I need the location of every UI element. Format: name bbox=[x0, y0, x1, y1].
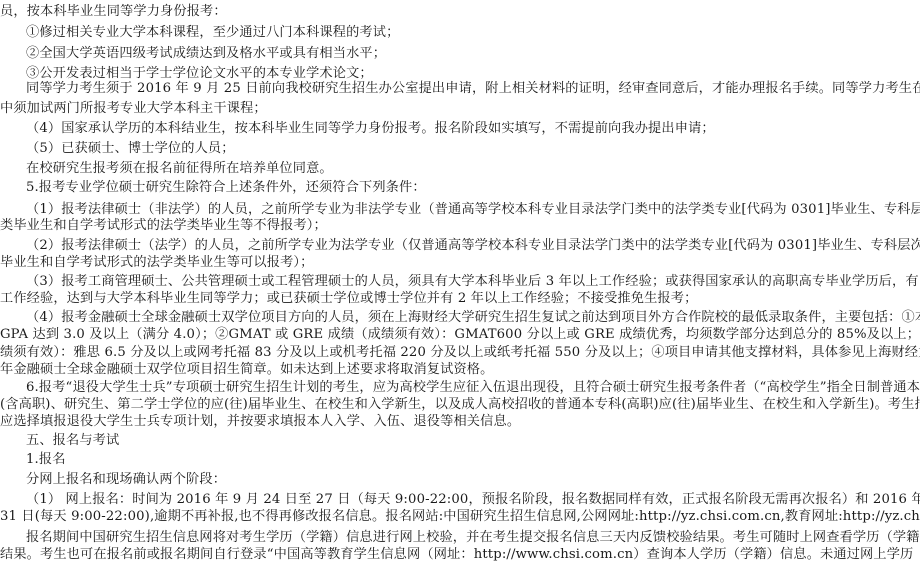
text-line: 中须加试两门所报考专业大学本科主干课程； bbox=[0, 100, 920, 117]
text-line: 结果。考生也可在报名前或报名期间自行登录“中国高等教育学生信息网（网址：http… bbox=[0, 546, 920, 563]
text-line: 分网上报名和现场确认两个阶段： bbox=[26, 471, 920, 488]
text-line: 同等学力考生须于 2016 年 9 月 25 日前向我校研究生招生办公室提出申请… bbox=[26, 80, 920, 97]
text-line: GPA 达到 3.0 及以上（满分 4.0）；②GMAT 或 GRE 成绩（成绩… bbox=[0, 326, 920, 343]
text-line: ①修过相关专业大学本科课程，至少通过八门本科课程的考试； bbox=[26, 24, 920, 41]
text-line: 在校研究生报考须在报名前征得所在培养单位同意。 bbox=[26, 160, 920, 177]
text-line: 应选择填报退役大学生士兵专项计划，并按要求填报本人入学、入伍、退役等相关信息。 bbox=[0, 413, 920, 430]
text-line: （4）国家承认学历的本科结业生，按本科毕业生同等学力身份报考。报名阶段如实填写，… bbox=[26, 120, 920, 137]
text-line: 员，按本科毕业生同等学力身份报考： bbox=[0, 3, 920, 20]
text-line: 类毕业生和自学考试形式的法学类毕业生等不得报考）； bbox=[0, 217, 920, 234]
text-line: 毕业生和自学考试形式的法学类毕业生等可以报考）； bbox=[0, 254, 920, 271]
text-line: ②全国大学英语四级考试成绩达到及格水平或具有相当水平； bbox=[26, 45, 920, 62]
section-heading: 5.报考专业学位硕士研究生除符合上述条件外，还须符合下列条件： bbox=[26, 179, 920, 196]
text-line: 工作经验，达到与大学本科毕业生同等学力；或已获硕士学位或博士学位并有 2 年以上… bbox=[0, 290, 920, 307]
text-line: 报名期间中国研究生招生信息网将对考生学历（学籍）信息进行网上校验，并在考生提交报… bbox=[26, 529, 920, 546]
text-line: 31 日(每天 9:00-22:00),逾期不再补报,也不得再修改报名信息。报名… bbox=[0, 508, 920, 525]
text-line: 年金融硕士全球金融硕士双学位项目招生简章。如未达到上述要求将取消复试资格。 bbox=[0, 361, 920, 378]
section-heading: 1.报名 bbox=[26, 451, 920, 468]
section-heading: 6.报考“退役大学生士兵”专项硕士研究生招生计划的考生，应为高校学生应征入伍退出… bbox=[26, 379, 920, 396]
document-page: 员，按本科毕业生同等学力身份报考： ①修过相关专业大学本科课程，至少通过八门本科… bbox=[0, 0, 920, 565]
text-line: 绩须有效）：雅思 6.5 分及以上或网考托福 83 分及以上或机考托福 220 … bbox=[0, 344, 920, 361]
text-line: (含高职)、研究生、第二学士学位的应(往)届毕业生、在校生和入学新生，以及成人高… bbox=[0, 396, 920, 413]
text-line: （2）报考法律硕士（法学）的人员，之前所学专业为法学专业（仅普通高等学校本科专业… bbox=[26, 237, 920, 254]
text-line: （1）报考法律硕士（非法学）的人员，之前所学专业为非法学专业（普通高等学校本科专… bbox=[26, 201, 920, 218]
text-line: （5）已获硕士、博士学位的人员； bbox=[26, 140, 920, 157]
text-line: （3）报考工商管理硕士、公共管理硕士或工程管理硕士的人员，须具有大学本科毕业后 … bbox=[26, 273, 920, 290]
text-line: （1） 网上报名：时间为 2016 年 9 月 24 日至 27 日（每天 9:… bbox=[26, 491, 920, 508]
chapter-heading: 五、报名与考试 bbox=[26, 432, 920, 449]
text-line: （4）报考金融硕士全球金融硕士双学位项目方向的人员，须在上海财经大学研究生招生复… bbox=[26, 309, 920, 326]
